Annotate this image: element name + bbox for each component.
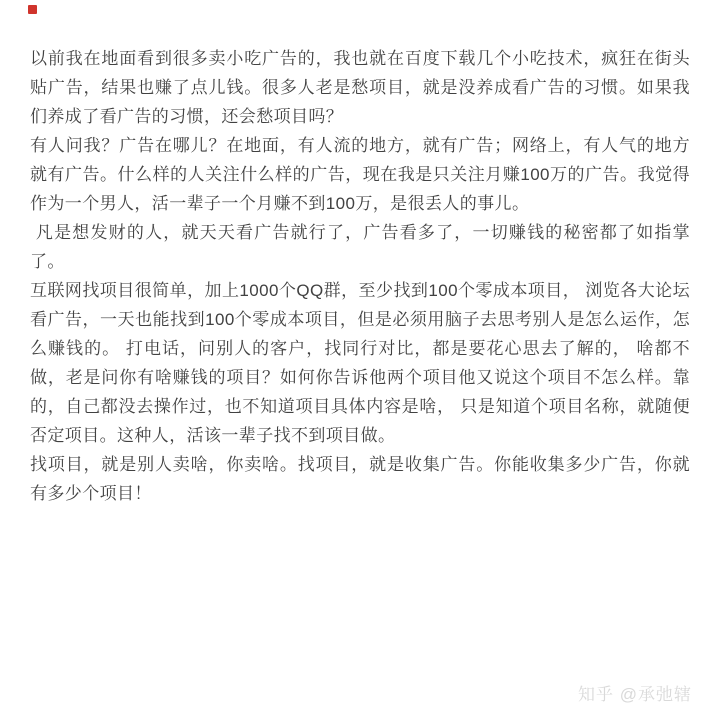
- article-paragraph: 有人问我？广告在哪儿？在地面，有人流的地方，就有广告；网络上，有人气的地方就有广…: [30, 131, 690, 218]
- article-paragraph: 以前我在地面看到很多卖小吃广告的，我也就在百度下载几个小吃技术，疯狂在街头贴广告…: [30, 44, 690, 131]
- article-body: 以前我在地面看到很多卖小吃广告的，我也就在百度下载几个小吃技术，疯狂在街头贴广告…: [30, 44, 690, 508]
- zhihu-watermark: 知乎 @承弛辖: [578, 680, 692, 705]
- article-paragraph: 凡是想发财的人，就天天看广告就行了，广告看多了，一切赚钱的秘密都了如指掌了。: [30, 218, 690, 276]
- article-paragraph: 互联网找项目很简单，加上1000个QQ群，至少找到100个零成本项目， 浏览各大…: [30, 276, 690, 450]
- article-page: 以前我在地面看到很多卖小吃广告的，我也就在百度下载几个小吃技术，疯狂在街头贴广告…: [0, 0, 720, 719]
- red-bullet-marker: [28, 5, 37, 14]
- article-paragraph: 找项目，就是别人卖啥，你卖啥。找项目，就是收集广告。你能收集多少广告，你就有多少…: [30, 450, 690, 508]
